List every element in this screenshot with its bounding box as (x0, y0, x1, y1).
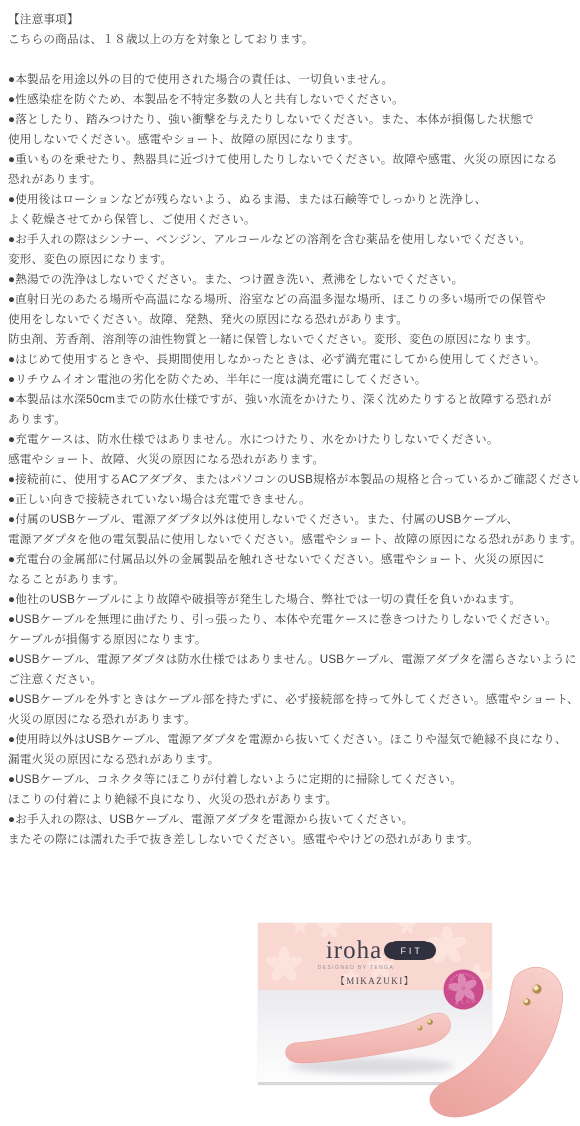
notice-line: 使用をしないでください。故障、発熱、発火の原因になる恐れがあります。 (8, 310, 580, 330)
device-illustration (240, 900, 580, 1126)
product-figure: iroha FIT DESIGNED BY TENGA 【MIKAZUKI】 S… (0, 900, 580, 1126)
notice-line: 恐れがあります。 (8, 170, 580, 190)
notice-line: ●リチウムイオン電池の劣化を防ぐため、半年に一度は満充電にしてください。 (8, 370, 580, 390)
notice-line: ●使用時以外はUSBケーブル、電源アダプタを電源から抜いてください。ほこりや湿気… (8, 730, 580, 750)
notice-line: ●落としたり、踏みつけたり、強い衝撃を与えたりしないでください。また、本体が損傷… (8, 110, 580, 130)
notice-line: ●USBケーブルを外すときはケーブル部を持たずに、必ず接続部を持って外してくださ… (8, 690, 580, 710)
notice-section: 【注意事項】 こちらの商品は、１８歳以上の方を対象としております。 ●本製品を用… (8, 10, 580, 850)
notice-line: ●USBケーブル、コネクタ等にほこりが付着しないように定期的に掃除してください。 (8, 770, 580, 790)
notice-line: ●使用後はローションなどが残らないよう、ぬるま湯、または石鹸等でしっかりと洗浄し… (8, 190, 580, 210)
page: 【注意事項】 こちらの商品は、１８歳以上の方を対象としております。 ●本製品を用… (0, 0, 580, 1126)
notice-line: 変形、変色の原因になります。 (8, 250, 580, 270)
notice-line: ご注意ください。 (8, 670, 580, 690)
notice-line: ほこりの付着により絶縁不良になり、火災の恐れがあります。 (8, 790, 580, 810)
notice-line: 火災の原因になる恐れがあります。 (8, 710, 580, 730)
notice-title: 【注意事項】 (8, 10, 580, 30)
notice-line: 使用しないでください。感電やショート、故障の原因になります。 (8, 130, 580, 150)
notice-line: 漏電火災の原因になる恐れがあります。 (8, 750, 580, 770)
notice-line: ケーブルが損傷する原因になります。 (8, 630, 580, 650)
notice-line: 防虫剤、芳香剤、溶剤等の油性物質と一緒に保管しないでください。変形、変色の原因に… (8, 330, 580, 350)
notice-lines: ●本製品を用途以外の目的で使用された場合の責任は、一切負いません。●性感染症を防… (8, 70, 580, 850)
large-device (430, 967, 563, 1117)
notice-intro: こちらの商品は、１８歳以上の方を対象としております。 (8, 30, 580, 50)
notice-line: ●充電台の金属部に付属品以外の金属製品を触れさせないでください。感電やショート、… (8, 550, 580, 570)
notice-line: ●直射日光のあたる場所や高温になる場所、浴室などの高温多湿な場所、ほこりの多い場… (8, 290, 580, 310)
notice-line: またその際には濡れた手で抜き差ししないでください。感電ややけどの恐れがあります。 (8, 830, 580, 850)
notice-line: ●はじめて使用するときや、長期間使用しなかったときは、必ず満充電にしてから使用し… (8, 350, 580, 370)
notice-line: ●付属のUSBケーブル、電源アダプタ以外は使用しないでください。また、付属のUS… (8, 510, 580, 530)
notice-line: よく乾燥させてから保管し、ご使用ください。 (8, 210, 580, 230)
notice-line: ●充電ケースは、防水仕様ではありません。水につけたり、水をかけたりしないでくださ… (8, 430, 580, 450)
notice-line: ●熱湯での洗浄はしないでください。また、つけ置き洗い、煮沸をしないでください。 (8, 270, 580, 290)
notice-line: ●正しい向きで接続されていない場合は充電できません。 (8, 490, 580, 510)
notice-line: あります。 (8, 410, 580, 430)
notice-line: ●本製品を用途以外の目的で使用された場合の責任は、一切負いません。 (8, 70, 580, 90)
notice-line: 感電やショート、故障、火災の原因になる恐れがあります。 (8, 450, 580, 470)
notice-line: ●お手入れの際はシンナー、ベンジン、アルコールなどの溶剤を含む薬品を使用しないで… (8, 230, 580, 250)
notice-line: なることがあります。 (8, 570, 580, 590)
notice-line: ●USBケーブル、電源アダプタは防水仕様ではありません。USBケーブル、電源アダ… (8, 650, 580, 670)
notice-line: ●お手入れの際は、USBケーブル、電源アダプタを電源から抜いてください。 (8, 810, 580, 830)
notice-line: ●接続前に、使用するACアダプタ、またはパソコンのUSB規格が本製品の規格と合っ… (8, 470, 580, 490)
small-device (286, 1013, 451, 1063)
notice-line: ●他社のUSBケーブルにより故障や破損等が発生した場合、弊社では一切の責任を負い… (8, 590, 580, 610)
notice-line: ●性感染症を防ぐため、本製品を不特定多数の人と共有しないでください。 (8, 90, 580, 110)
notice-line: ●重いものを乗せたり、熱器具に近づけて使用したりしないでください。故障や感電、火… (8, 150, 580, 170)
notice-line: ●本製品は水深50cmまでの防水仕様ですが、強い水流をかけたり、深く沈めたりする… (8, 390, 580, 410)
notice-line: ●USBケーブルを無理に曲げたり、引っ張ったり、本体や充電ケースに巻きつけたりし… (8, 610, 580, 630)
notice-line: 電源アダプタを他の電気製品に使用しないでください。感電やショート、故障の原因にな… (8, 530, 580, 550)
